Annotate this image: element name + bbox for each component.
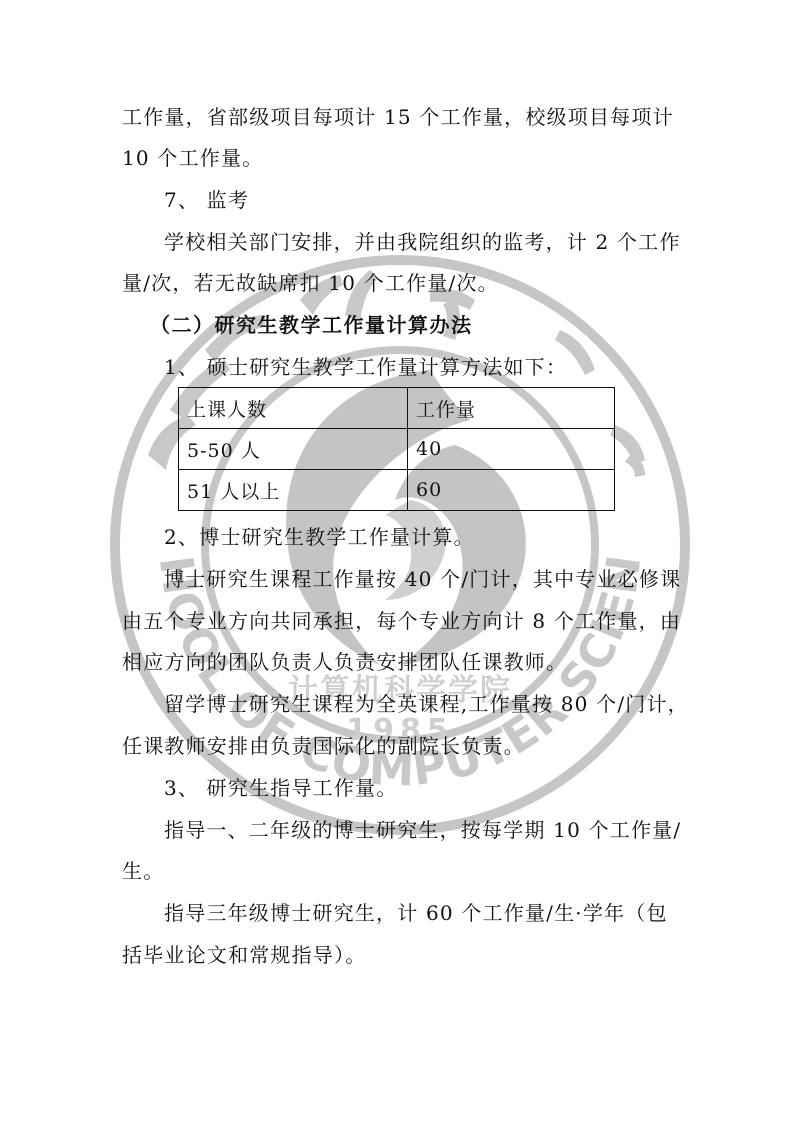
table-cell: 51 人以上 xyxy=(179,470,408,511)
table-cell: 40 xyxy=(408,429,615,470)
paragraph-line: 工作量，省部级项目每项计 15 个工作量，校级项目每项计 xyxy=(122,105,682,129)
masters-workload-table: 上课人数 工作量 5-50 人 40 51 人以上 60 xyxy=(178,387,615,511)
paragraph-line: 相应方向的团队负责人负责安排团队任课教师。 xyxy=(122,650,682,674)
subsection-heading: 2、博士研究生教学工作量计算。 xyxy=(164,525,724,549)
table-header-cell: 上课人数 xyxy=(179,388,408,429)
subsection-heading: 1、 硕士研究生教学工作量计算方法如下： xyxy=(164,355,724,379)
paragraph-line: 指导三年级博士研究生，计 60 个工作量/生·学年（包 xyxy=(164,901,724,925)
table-cell: 60 xyxy=(408,470,615,511)
subsection-heading: 3、 研究生指导工作量。 xyxy=(164,776,724,800)
paragraph-line: 任课教师安排由负责国际化的副院长负责。 xyxy=(122,734,682,758)
paragraph-line: 括毕业论文和常规指导）。 xyxy=(122,943,682,967)
table-cell: 5-50 人 xyxy=(179,429,408,470)
section-item-7-heading: 7、 监考 xyxy=(164,188,724,212)
table-row: 5-50 人 40 xyxy=(179,429,615,470)
section-heading: （二）研究生教学工作量计算办法 xyxy=(150,313,710,337)
document-page: 工作量，省部级项目每项计 15 个工作量，校级项目每项计 10 个工作量。 7、… xyxy=(0,0,794,1123)
paragraph-line: 留学博士研究生课程为全英课程,工作量按 80 个/门计， xyxy=(164,692,724,716)
paragraph-line: 学校相关部门安排，并由我院组织的监考，计 2 个工作 xyxy=(164,230,724,254)
paragraph-line: 10 个工作量。 xyxy=(122,146,682,170)
paragraph-line: 指导一、二年级的博士研究生，按每学期 10 个工作量/ xyxy=(164,818,724,842)
paragraph-line: 由五个专业方向共同承担，每个专业方向计 8 个工作量，由 xyxy=(122,609,682,633)
paragraph-line: 生。 xyxy=(122,859,682,883)
table-header-row: 上课人数 工作量 xyxy=(179,388,615,429)
table-header-cell: 工作量 xyxy=(408,388,615,429)
paragraph-line: 量/次，若无故缺席扣 10 个工作量/次。 xyxy=(122,271,682,295)
table-row: 51 人以上 60 xyxy=(179,470,615,511)
paragraph-line: 博士研究生课程工作量按 40 个/门计，其中专业必修课 xyxy=(164,567,724,591)
